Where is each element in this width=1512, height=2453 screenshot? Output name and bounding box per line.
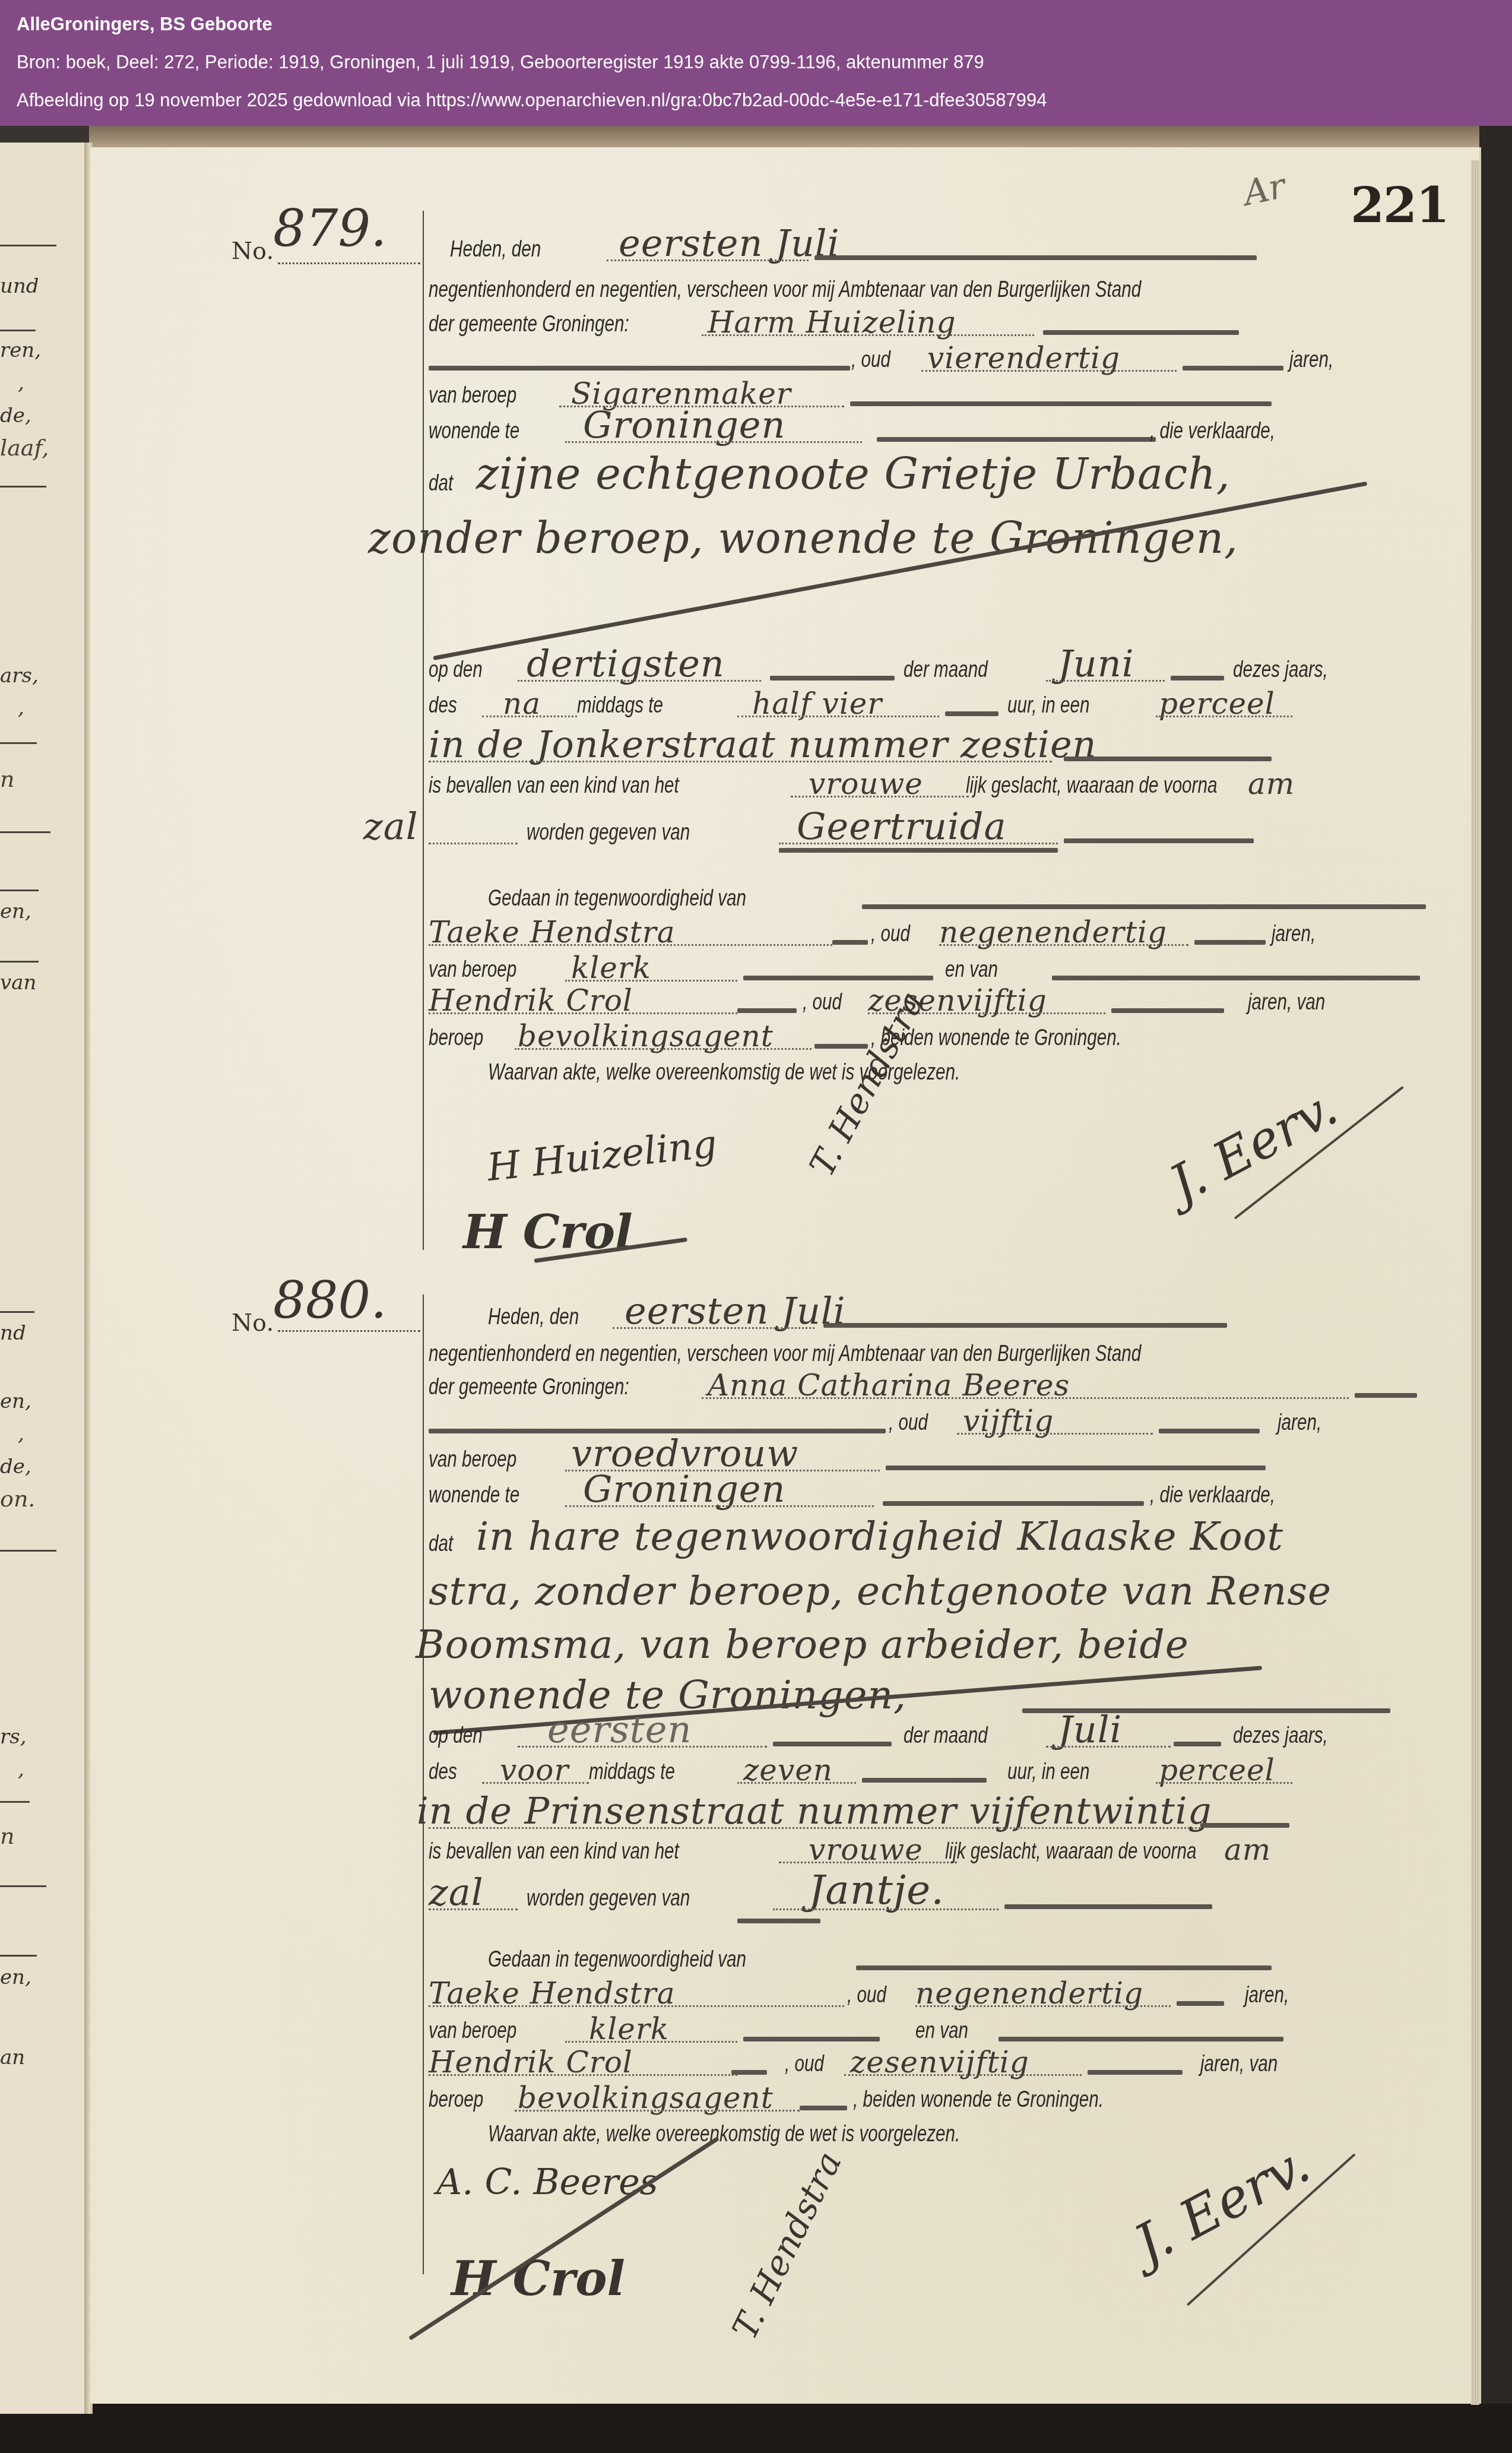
fill-bar xyxy=(1177,2001,1224,2006)
birth-month: Juli xyxy=(1058,1708,1122,1751)
label-lijk-geslacht: lijk geslacht, waaraan de voorna xyxy=(945,1839,1196,1865)
label-wonende-te: wonende te xyxy=(429,419,519,444)
row-statement-2: zonder beroep, wonende te Groningen, xyxy=(368,511,1336,564)
fill-bar xyxy=(856,1965,1272,1970)
row-preamble: negentienhonderd en negentien, verscheen… xyxy=(429,1337,1396,1370)
label-gemeente: der gemeente Groningen: xyxy=(429,1375,629,1400)
dots xyxy=(773,1908,999,1910)
dots xyxy=(1046,680,1165,682)
label-van-beroep: van beroep xyxy=(429,1447,516,1473)
fill-bar xyxy=(429,366,850,371)
dots xyxy=(1046,1746,1171,1748)
label-oud: , oud xyxy=(889,1410,928,1436)
left-page-fragment: , xyxy=(18,371,24,395)
label-waarvan: Waarvan akte, welke overeenkomstig de we… xyxy=(488,2122,960,2147)
label-middags-te: middags te xyxy=(589,1759,675,1785)
fill-bar xyxy=(862,904,1426,909)
label-van-beroep: van beroep xyxy=(429,957,516,983)
label-dezes-jaars: dezes jaars, xyxy=(1233,657,1328,683)
row-declarant: der gemeente Groningen: Harm Huizeling xyxy=(429,308,1396,341)
label-dezes-jaars: dezes jaars, xyxy=(1233,1723,1328,1749)
row-witness-intro: Gedaan in tegenwoordigheid van xyxy=(429,1943,1396,1976)
left-page-handwriting: on. xyxy=(0,1486,35,1512)
fill-bar xyxy=(1174,1742,1221,1746)
row-address: in de Prinsenstraat nummer vijfentwintig xyxy=(429,1792,1396,1834)
page-edges xyxy=(1471,160,1479,2405)
fill-bar xyxy=(945,711,999,716)
label-jaren-van: jaren, van xyxy=(1248,990,1325,1015)
fill-bar xyxy=(737,1008,797,1013)
label-des: des xyxy=(429,693,457,719)
dots xyxy=(429,761,1052,762)
left-page-fragment: ren, xyxy=(0,338,41,362)
left-page-handwriting: n xyxy=(0,766,14,792)
record-number: 880. xyxy=(273,1271,386,1330)
label-die-verklaarde: , die verklaarde, xyxy=(1150,419,1275,444)
left-page-handwriting: laaf, xyxy=(0,435,49,461)
birth-month: Juni xyxy=(1058,642,1134,685)
label-preamble: negentienhonderd en negentien, verscheen… xyxy=(429,277,1141,303)
label-oud: , oud xyxy=(785,2052,824,2077)
fill-bar xyxy=(770,676,895,680)
zal-word: zal xyxy=(429,1870,483,1914)
left-page-handwriting: n xyxy=(0,1823,14,1849)
fill-bar xyxy=(779,848,1058,853)
dots xyxy=(518,1746,767,1748)
fill-bar xyxy=(883,1501,1144,1506)
label-heden-den: Heden, den xyxy=(450,237,541,262)
fill-bar xyxy=(1064,757,1272,761)
row-witness1: Taeke Hendstra , oud negenendertig jaren… xyxy=(429,917,1396,951)
dots xyxy=(702,1397,1349,1399)
left-page-rule xyxy=(0,831,50,833)
left-page-fragment: en, xyxy=(0,1389,31,1413)
row-statement-1: dat zijne echtgenoote Grietje Urbach, xyxy=(429,452,1396,500)
row-witness1-occupation: van beroep klerk en van xyxy=(429,953,1396,986)
label-dat: dat xyxy=(429,1531,453,1557)
dots xyxy=(702,334,1034,336)
page-number: 221 xyxy=(1351,177,1448,234)
label-middags-te: middags te xyxy=(577,693,663,719)
row-address: in de Jonkerstraat nummer zestien xyxy=(429,726,1396,767)
row-statement-2: stra, zonder beroep, echtgenoote van Ren… xyxy=(429,1568,1396,1615)
row-closing: Waarvan akte, welke overeenkomstig de we… xyxy=(429,1056,1396,1089)
row-child-name: zal worden gegeven van Jantje. xyxy=(429,1873,1396,1915)
row-witness2: Hendrik Crol , oud zesenvijftig jaren, v… xyxy=(429,2047,1396,2081)
record-no-label: No. xyxy=(232,1309,274,1337)
label-jaren: jaren, xyxy=(1245,1983,1289,2008)
child-name: Jantje. xyxy=(809,1867,944,1914)
dots xyxy=(429,1012,737,1014)
dots xyxy=(779,843,1058,844)
left-page-rule xyxy=(0,1885,46,1887)
fill-bar xyxy=(737,1919,820,1923)
fill-bar xyxy=(1064,838,1254,843)
statement-line: Boomsma, van beroep arbeider, beide xyxy=(416,1622,1189,1667)
label-gemeente: der gemeente Groningen: xyxy=(429,312,629,337)
dots xyxy=(518,680,761,682)
scan-background-bottom xyxy=(0,2404,1512,2453)
left-facing-page: und ren, , de, laaf, ars, , n en, van nd… xyxy=(0,143,88,2414)
fill-bar xyxy=(862,1778,987,1783)
left-page-fragment: de, xyxy=(0,404,31,428)
record-date: eersten Juli xyxy=(619,221,840,265)
left-page-fragment: en, xyxy=(0,900,31,923)
record-number: 879. xyxy=(273,199,386,258)
record-date: eersten Juli xyxy=(625,1289,846,1332)
left-page-fragment: und xyxy=(0,274,39,298)
scan-background-right xyxy=(1479,126,1512,2453)
left-page-rule xyxy=(0,1311,34,1313)
voorna-suffix: am xyxy=(1224,1832,1271,1867)
dots xyxy=(565,2041,737,2043)
row-witness2-occupation: beroep bevolkingsagent , beiden wonende … xyxy=(429,2083,1396,2116)
child-name: Geertruida xyxy=(797,805,1007,848)
label-van-beroep: van beroep xyxy=(429,383,516,409)
left-page-fragment: , xyxy=(18,1422,24,1446)
dots xyxy=(515,1048,812,1050)
row-age: , oud vierendertig jaren, xyxy=(429,343,1396,376)
row-residence: wonende te Groningen , die verklaarde, xyxy=(429,1479,1396,1512)
label-die-verklaarde: , die verklaarde, xyxy=(1150,1483,1275,1508)
left-page-rule xyxy=(0,1955,37,1957)
row-closing: Waarvan akte, welke overeenkomstig de we… xyxy=(429,2118,1396,2151)
label-beroep: beroep xyxy=(429,1025,483,1051)
fill-bar xyxy=(823,1323,1227,1328)
dots xyxy=(482,1782,589,1784)
dots xyxy=(613,1327,814,1329)
label-worden-gegeven: worden gegeven van xyxy=(527,1886,690,1911)
dots xyxy=(921,370,1177,372)
dots xyxy=(429,1827,1200,1829)
fill-bar xyxy=(886,1466,1266,1470)
row-statement-3: Boomsma, van beroep arbeider, beide xyxy=(416,1621,1383,1669)
left-page-rule xyxy=(0,486,46,488)
left-page-rule xyxy=(0,1801,30,1803)
label-is-bevallen: is bevallen van een kind van het xyxy=(429,1839,679,1865)
label-heden-den: Heden, den xyxy=(488,1305,579,1330)
row-sex: is bevallen van een kind van het vrouwe … xyxy=(429,1835,1396,1868)
dots xyxy=(565,1505,874,1507)
left-page-rule xyxy=(0,1550,56,1552)
dots xyxy=(482,716,577,717)
row-child-name: zal worden gegeven van Geertruida xyxy=(429,808,1396,849)
statement-line: in hare tegenwoordigheid Klaaske Koot xyxy=(476,1514,1283,1559)
label-der-maand: der maand xyxy=(904,1723,988,1749)
archive-info-banner: AlleGroningers, BS Geboorte Bron: boek, … xyxy=(0,0,1512,126)
dots xyxy=(844,2074,1082,2076)
fill-bar xyxy=(743,976,933,980)
left-page-rule xyxy=(0,742,37,744)
label-en-van: en van xyxy=(945,957,998,983)
statement-line: zijne echtgenoote Grietje Urbach, xyxy=(476,449,1231,499)
fill-bar xyxy=(1171,676,1224,680)
record-number-dots xyxy=(278,1330,420,1332)
fill-bar xyxy=(800,2106,847,2110)
label-gedaan: Gedaan in tegenwoordigheid van xyxy=(488,1947,746,1973)
fill-bar xyxy=(1194,940,1266,945)
dots xyxy=(915,2005,1171,2007)
label-op-den: op den xyxy=(429,657,483,683)
voorna-suffix: am xyxy=(1248,767,1295,801)
label-op-den: op den xyxy=(429,1723,483,1749)
label-preamble: negentienhonderd en negentien, verscheen… xyxy=(429,1341,1141,1367)
fill-bar xyxy=(1183,366,1283,371)
fill-bar xyxy=(1088,2070,1183,2075)
row-birth-date: op den eersten der maand Juli dezes jaar… xyxy=(429,1719,1396,1752)
row-birth-time: des voor middags te zeven uur, in een pe… xyxy=(429,1755,1396,1789)
statement-line: stra, zonder beroep, echtgenoote van Ren… xyxy=(429,1568,1332,1614)
left-page-fragment: , xyxy=(18,1758,24,1781)
declarant-residence: Groningen xyxy=(583,1467,786,1511)
label-uur-in-een: uur, in een xyxy=(1007,693,1089,719)
zal-word: zal xyxy=(363,805,418,848)
label-oud: , oud xyxy=(851,347,890,373)
fill-bar xyxy=(1111,1008,1224,1013)
banner-source: Bron: boek, Deel: 272, Periode: 1919, Gr… xyxy=(17,52,1495,72)
dots xyxy=(515,2110,800,2112)
fill-bar xyxy=(1043,330,1239,335)
row-witness1: Taeke Hendstra , oud negenendertig jaren… xyxy=(429,1979,1396,2012)
left-page-fragment: ars, xyxy=(0,664,39,688)
fill-bar xyxy=(1159,1429,1260,1433)
dots xyxy=(565,441,862,443)
dots xyxy=(939,944,1188,946)
left-page-fragment: rs, xyxy=(0,1725,27,1749)
label-wonende-te: wonende te xyxy=(429,1483,519,1508)
row-occupation: van beroep Sigarenmaker xyxy=(429,379,1396,412)
fill-bar xyxy=(1200,1823,1289,1828)
margin-rule xyxy=(423,1294,424,2274)
left-page-fragment: an xyxy=(0,2046,25,2069)
birth-address: in de Prinsenstraat nummer vijfentwintig xyxy=(417,1789,1212,1832)
left-page-rule xyxy=(0,890,39,891)
row-birth-time: des na middags te half vier uur, in een … xyxy=(429,689,1396,722)
row-date: Heden, den eersten Juli xyxy=(429,1300,1396,1334)
declarant-residence: Groningen xyxy=(583,403,786,447)
left-page-rule xyxy=(0,330,36,331)
margin-rule xyxy=(423,211,424,1250)
fill-bar xyxy=(999,2037,1283,2041)
fill-bar xyxy=(877,437,1156,442)
fill-bar xyxy=(773,1742,892,1746)
record-number-dots xyxy=(278,262,420,264)
dots xyxy=(429,944,832,946)
label-jaren: jaren, xyxy=(1278,1410,1321,1436)
birth-day: dertigsten xyxy=(527,642,725,685)
label-oud: , oud xyxy=(871,922,910,947)
dots xyxy=(957,1433,1153,1435)
left-page-fragment: van xyxy=(0,971,36,995)
birth-address: in de Jonkerstraat nummer zestien xyxy=(429,723,1097,766)
label-beiden: , beiden wonende te Groningen. xyxy=(853,2087,1104,2113)
row-occupation: van beroep vroedvrouw xyxy=(429,1443,1396,1476)
left-page-fragment: en, xyxy=(0,1965,31,1989)
dots xyxy=(779,1862,957,1863)
dots xyxy=(429,2074,737,2076)
book-top-edge xyxy=(0,126,1512,150)
fill-bar xyxy=(743,2037,880,2041)
dots xyxy=(565,980,737,982)
row-declarant: der gemeente Groningen: Anna Catharina B… xyxy=(429,1370,1396,1404)
label-dat: dat xyxy=(429,471,453,496)
label-uur-in-een: uur, in een xyxy=(1007,1759,1089,1785)
label-oud: , oud xyxy=(803,990,842,1015)
label-lijk-geslacht: lijk geslacht, waaraan de voorna xyxy=(966,773,1217,799)
label-van-beroep: van beroep xyxy=(429,2018,516,2044)
fill-bar xyxy=(832,940,868,945)
left-page-fragment: nd xyxy=(0,1321,26,1345)
folio-annotation: Ar xyxy=(1240,166,1289,214)
dots xyxy=(429,843,518,844)
row-sex: is bevallen van een kind van het vrouwe … xyxy=(429,769,1396,802)
left-page-fragment: de, xyxy=(0,1455,31,1479)
fill-bar xyxy=(1004,1904,1212,1909)
row-preamble: negentienhonderd en negentien, verscheen… xyxy=(429,273,1396,306)
row-witness1-occupation: van beroep klerk en van xyxy=(429,2014,1396,2047)
row-residence: wonende te Groningen , die verklaarde, xyxy=(429,414,1396,448)
dots xyxy=(791,796,969,797)
label-jaren: jaren, xyxy=(1289,347,1333,373)
dots xyxy=(1156,1782,1292,1784)
label-jaren-van: jaren, van xyxy=(1200,2052,1278,2077)
row-witness-intro: Gedaan in tegenwoordigheid van xyxy=(429,882,1396,915)
label-oud: , oud xyxy=(847,1983,886,2008)
row-birth-date: op den dertigsten der maand Juni dezes j… xyxy=(429,653,1396,686)
dots xyxy=(1156,716,1292,717)
label-jaren: jaren, xyxy=(1272,922,1316,947)
left-page-rule xyxy=(0,245,56,246)
fill-bar xyxy=(850,401,1272,406)
record-no-label: No. xyxy=(232,238,274,265)
fill-bar xyxy=(814,255,1257,260)
label-der-maand: der maand xyxy=(904,657,988,683)
banner-download: Afbeelding op 19 november 2025 gedownloa… xyxy=(17,90,1495,110)
birth-day: eersten xyxy=(547,1708,692,1751)
banner-title: AlleGroningers, BS Geboorte xyxy=(17,14,1495,34)
fill-bar xyxy=(814,1044,868,1049)
label-gedaan: Gedaan in tegenwoordigheid van xyxy=(488,886,746,911)
fill-bar xyxy=(731,2070,767,2075)
row-statement-1: dat in hare tegenwoordigheid Klaaske Koo… xyxy=(429,1513,1396,1561)
statement-line: zonder beroep, wonende te Groningen, xyxy=(368,513,1238,563)
label-beroep: beroep xyxy=(429,2087,483,2113)
dots xyxy=(607,259,809,261)
fill-bar xyxy=(1052,976,1420,980)
label-en-van: en van xyxy=(915,2018,968,2044)
dots xyxy=(429,1908,518,1910)
left-page-fragment: , xyxy=(18,696,24,720)
dots xyxy=(737,1782,856,1784)
label-des: des xyxy=(429,1759,457,1785)
signature-witness2: H Crol xyxy=(451,2251,625,2306)
label-is-bevallen: is bevallen van een kind van het xyxy=(429,773,679,799)
dots xyxy=(737,716,939,717)
left-page-rule xyxy=(0,961,39,963)
row-date: Heden, den eersten Juli xyxy=(429,233,1396,266)
dots xyxy=(429,2005,844,2007)
label-worden-gegeven: worden gegeven van xyxy=(527,820,690,846)
fill-bar xyxy=(1355,1393,1417,1398)
